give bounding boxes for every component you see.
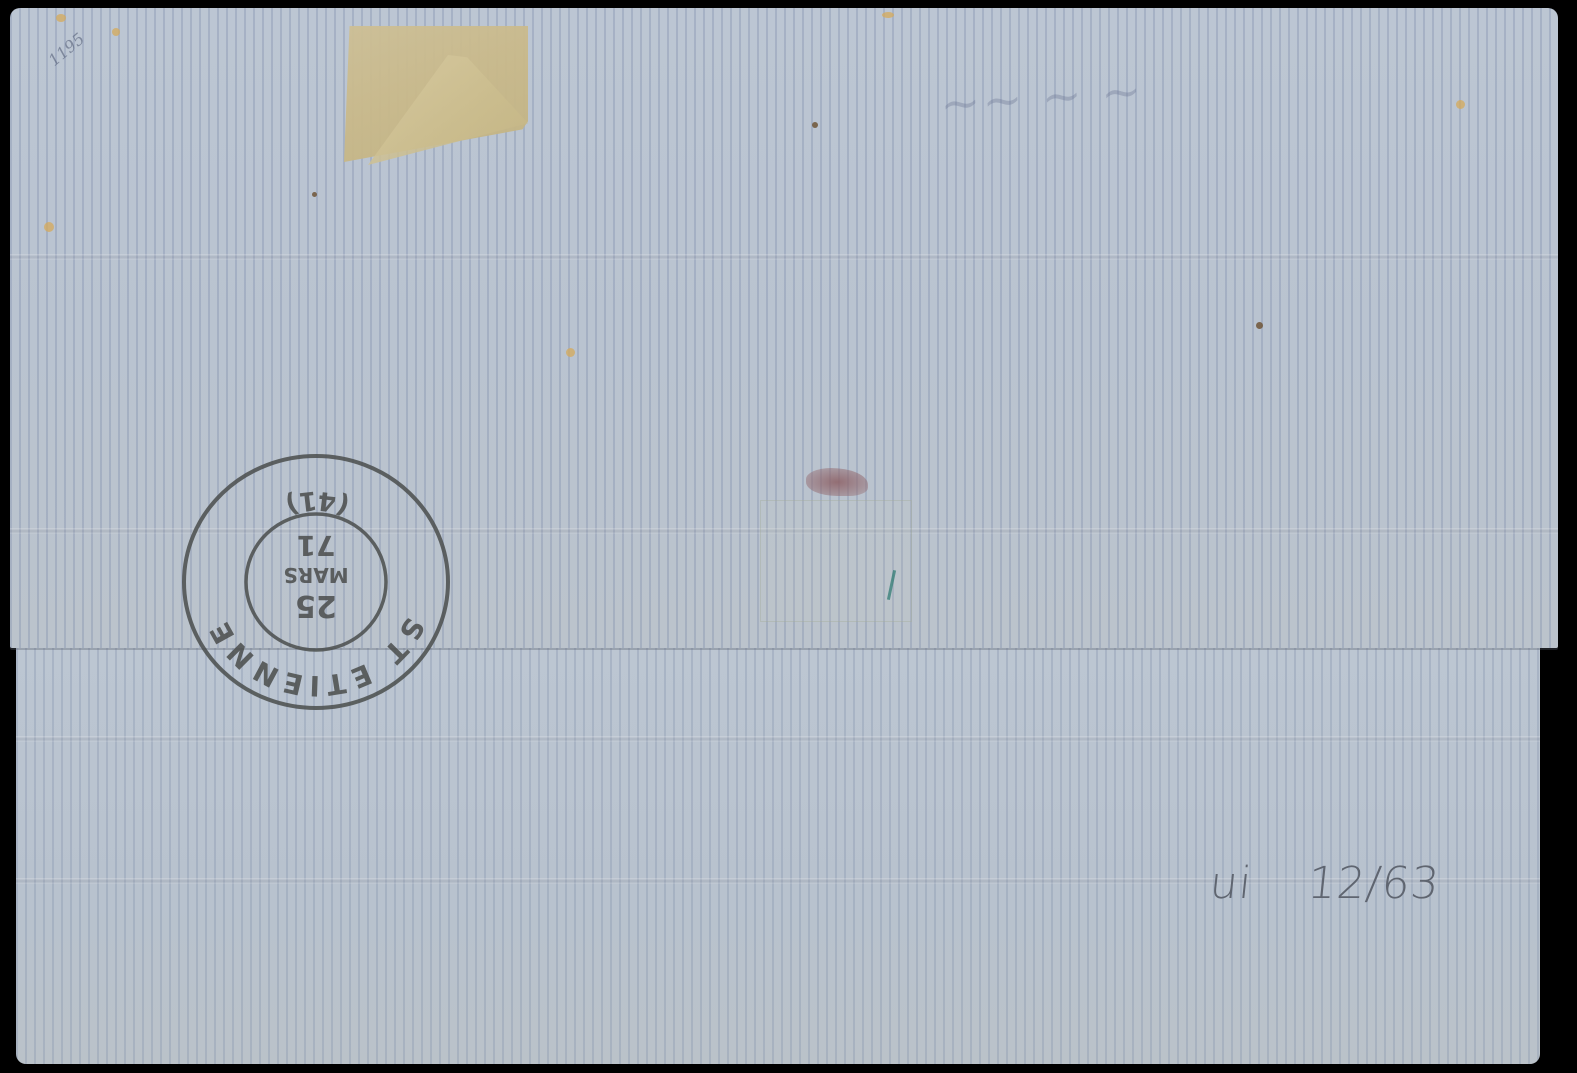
postmark-town: ST ETIENNE <box>201 612 431 702</box>
foxing-spot <box>882 12 894 18</box>
foxing-spot <box>112 28 120 36</box>
pencil-note-ref: 12/63 <box>1305 858 1442 909</box>
postmark-month: MARS <box>283 563 348 587</box>
fold-line <box>16 736 1540 742</box>
foxing-spot <box>812 122 818 128</box>
fold-line <box>10 254 1558 260</box>
foxing-spot <box>312 192 317 197</box>
pencil-note-code: ui <box>1207 858 1282 909</box>
postmark-day: 25 <box>295 588 337 623</box>
postmark-year: 71 <box>297 529 336 562</box>
postmark-cancel: ST ETIENNE (41) 25 MARS 71 <box>178 450 454 714</box>
foxing-spot <box>1456 100 1465 109</box>
svg-text:ST ETIENNE: ST ETIENNE <box>201 612 431 702</box>
foxing-spot <box>56 14 66 22</box>
cover-scan: 1195 ~~ ~ ~ ST ETIENNE (41) 25 MARS 71 <box>0 0 1577 1073</box>
pencil-inventory-note: ui12/63 <box>1207 858 1442 909</box>
foxing-spot <box>44 222 54 232</box>
stamp-show-through <box>760 500 912 622</box>
foxing-spot <box>566 348 575 357</box>
foxing-spot <box>1256 322 1263 329</box>
